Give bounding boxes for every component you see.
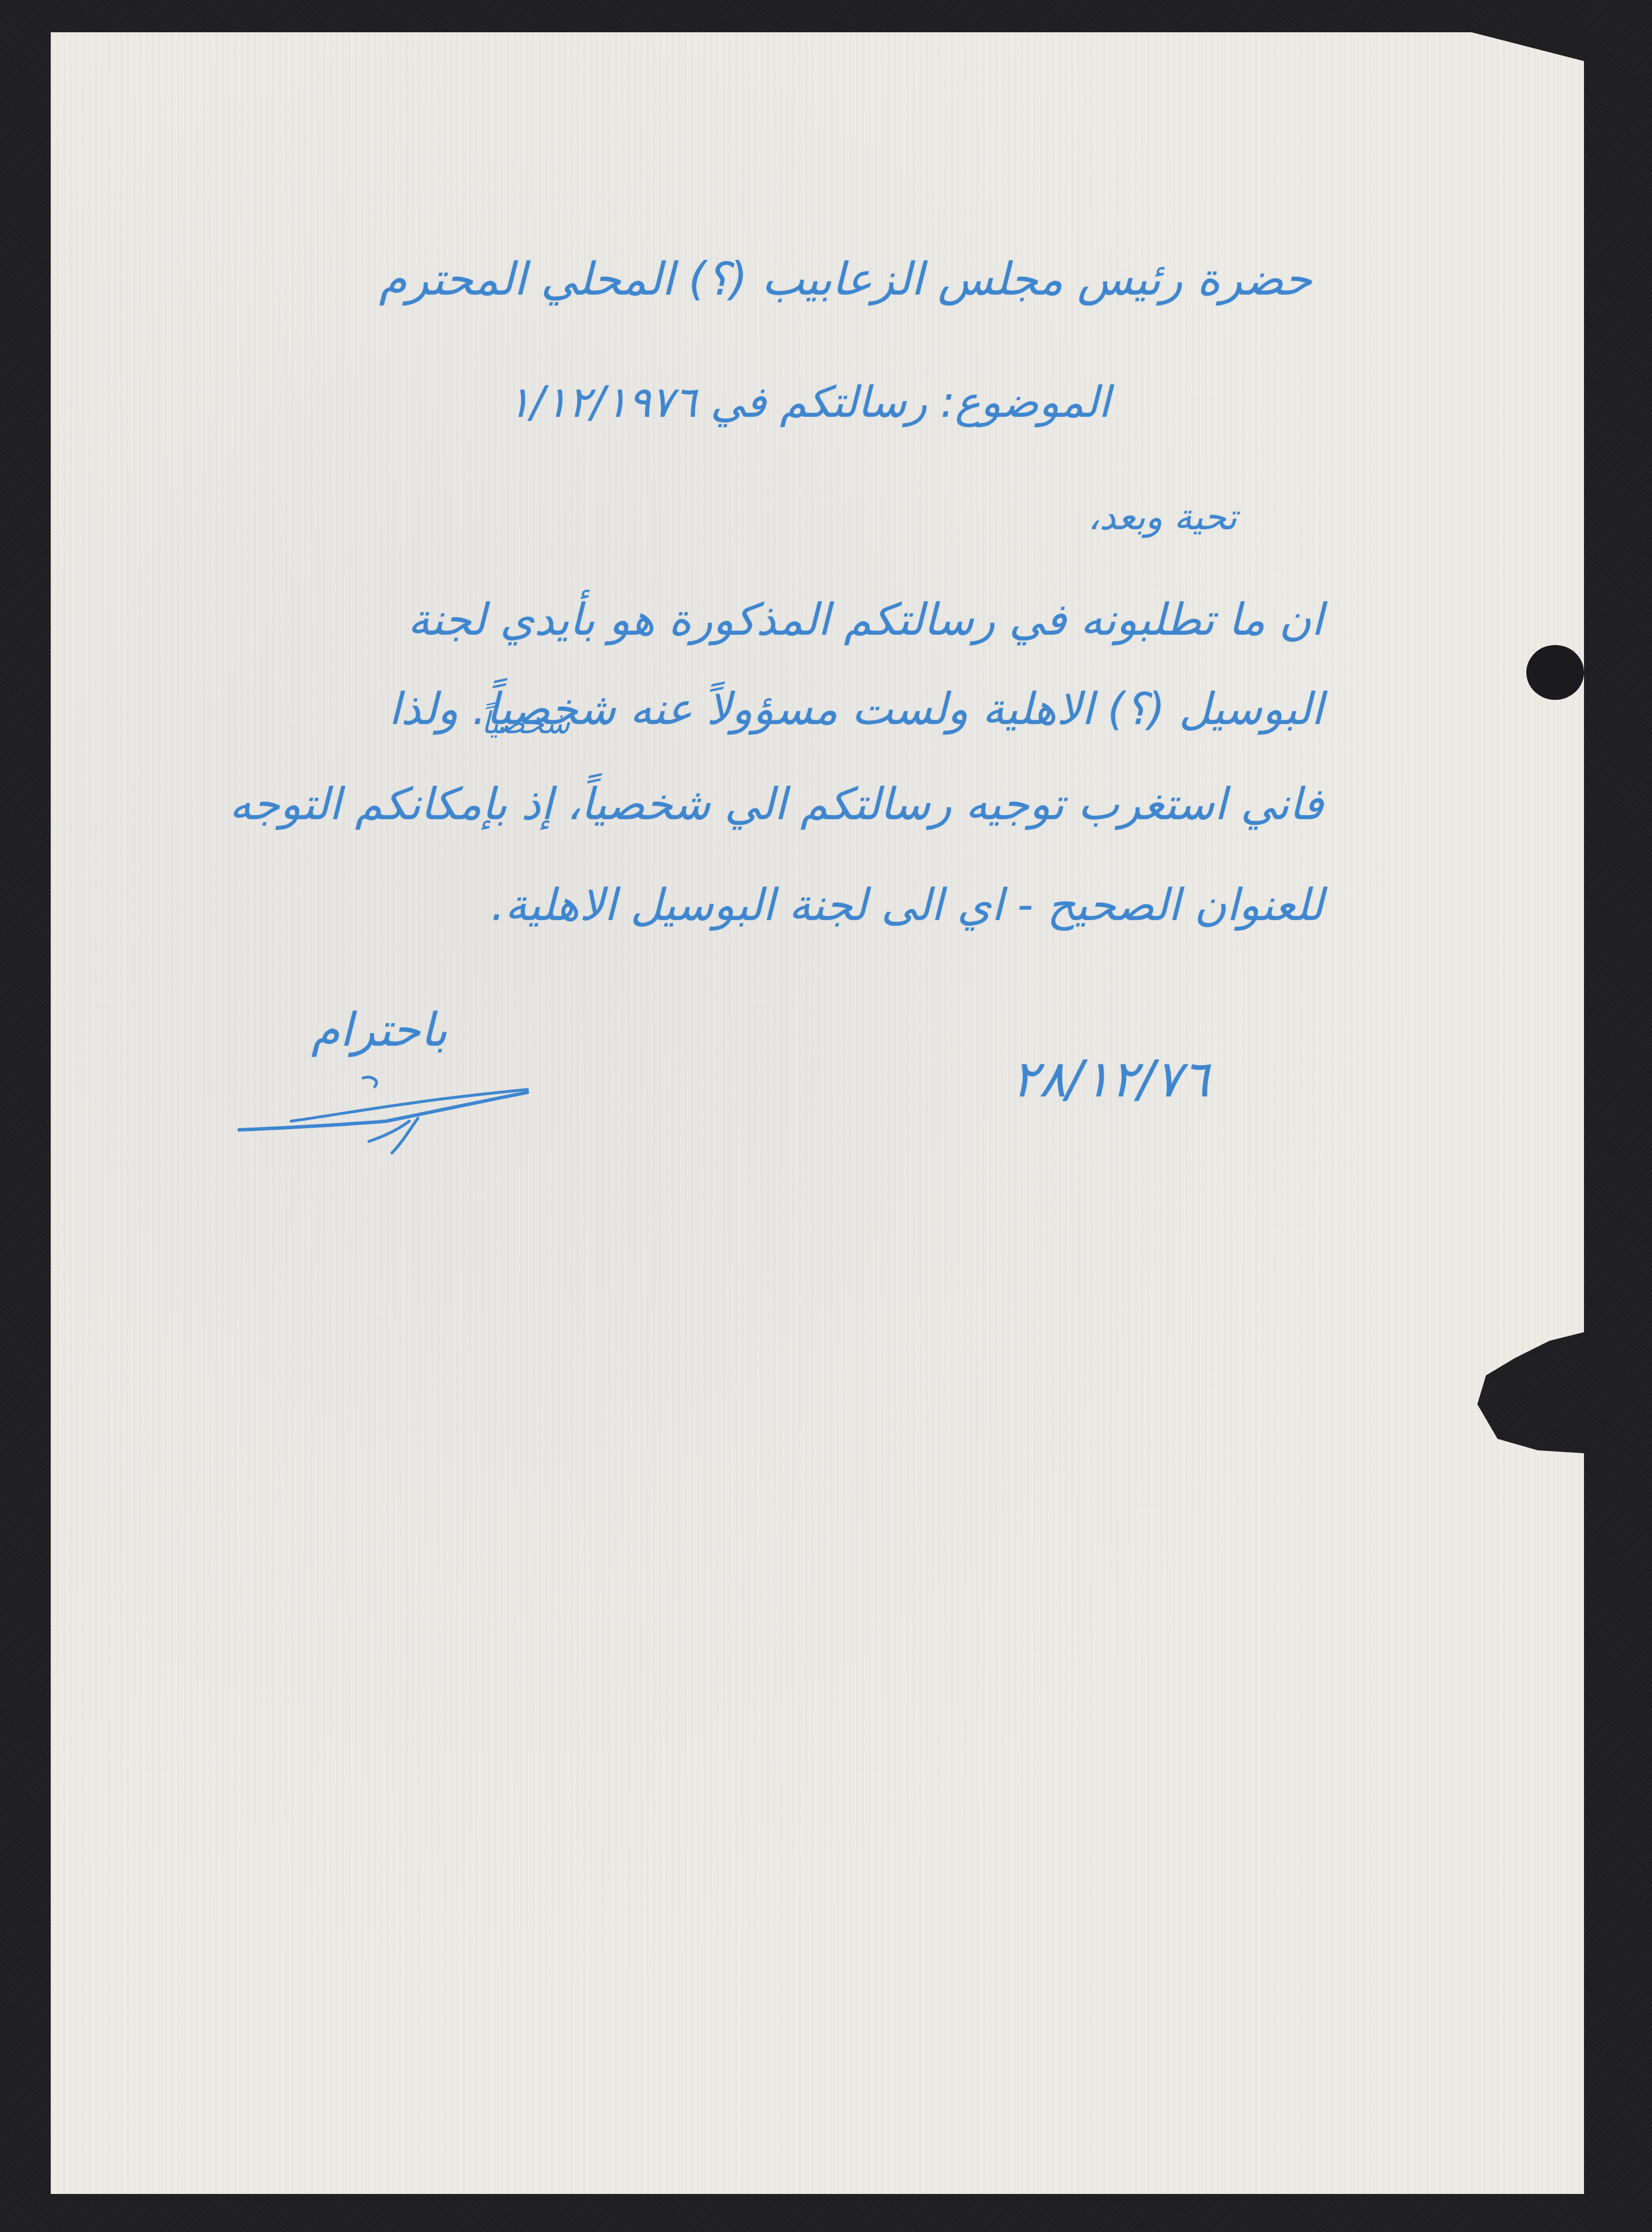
subject-line: الموضوع: رسالتكم في ١/١٢/١٩٧٦	[508, 378, 1110, 427]
signature-scribble-icon	[236, 1066, 559, 1182]
body-line: ان ما تطلبونه في رسالتكم المذكورة هو بأي…	[408, 594, 1323, 645]
punch-hole	[1526, 645, 1584, 700]
letter-date: ٢٨/١٢/٧٦	[1012, 1049, 1209, 1109]
greeting-line: تحية وبعد،	[1088, 496, 1237, 538]
body-line: فاني استغرب توجيه رسالتكم الي شخصياً، إذ…	[229, 778, 1323, 830]
body-line: للعنوان الصحيح - اي الى لجنة البوسيل الا…	[491, 879, 1323, 930]
interlinear-insertion: شخصياً	[481, 706, 570, 741]
addressee-line: حضرة رئيس مجلس الزعابيب (؟) المحلي المحت…	[379, 254, 1312, 306]
closing-salutation: باحترام	[311, 1003, 447, 1057]
